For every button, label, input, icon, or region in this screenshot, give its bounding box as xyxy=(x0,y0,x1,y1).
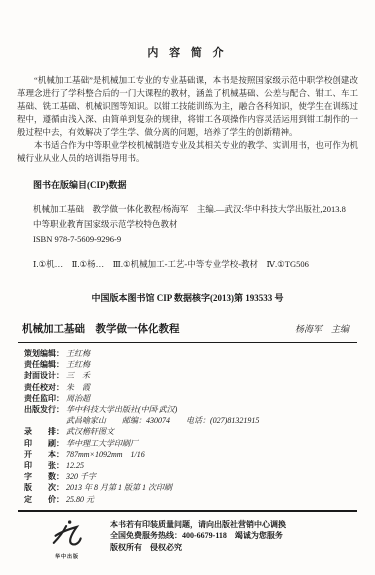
credit-row: 封面设计： 三 禾 xyxy=(24,370,375,381)
copyright-page: 内 容 简 介 “机械加工基础”是机械加工专业的专业基础课，本书是按照国家级示范… xyxy=(0,0,375,575)
credit-value: 华中科技大学出版社(中国·武汉) xyxy=(66,404,177,415)
credit-label: 定 价： xyxy=(24,494,64,505)
cip-line: 机械加工基础 教学做一体化教程/杨海军 主编.—武汉:华中科技大学出版社,201… xyxy=(33,202,355,217)
intro-paragraph: “机械加工基础”是机械加工专业的专业基础课，本书是按照国家级示范中职学校创建改革… xyxy=(17,74,358,139)
colophon-credits: 策划编辑： 王红梅 责任编辑： 王红梅 封面设计： 三 禾 责任校对： 朱 霞 … xyxy=(24,348,375,505)
credit-value: 320 千字 xyxy=(66,471,96,482)
footer-notices: 本书若有印装质量问题，请向出版社营销中心调换 全国免费服务热线：400-6679… xyxy=(110,519,286,554)
cip-line: 中等职业教育国家级示范学校特色教材 xyxy=(33,217,355,232)
credit-row: 策划编辑： 王红梅 xyxy=(24,348,375,359)
credit-row: 版 次： 2013 年 8 月第 1 版第 1 次印刷 xyxy=(24,482,375,493)
credit-value: 12.25 xyxy=(66,460,84,471)
intro-paragraph: 本书适合作为中等职业学校机械制造专业及其相关专业的教学、实训用书，也可作为机械行… xyxy=(17,139,358,165)
credit-label: 开 本： xyxy=(24,449,64,460)
publisher-logo-caption: 华中出版 xyxy=(38,553,96,560)
credit-row: 录 排： 武汉楷轩图文 xyxy=(24,426,375,437)
credit-label: 责任监印： xyxy=(24,393,64,404)
credit-row: 责任校对： 朱 霞 xyxy=(24,382,375,393)
credit-label: 录 排： xyxy=(24,426,64,437)
credit-label: 版 次： xyxy=(24,482,64,493)
credit-label: 封面设计： xyxy=(24,370,64,381)
divider-top xyxy=(18,342,357,343)
credit-row: 字 数： 320 千字 xyxy=(24,471,375,482)
credit-row: 定 价： 25.80 元 xyxy=(24,494,375,505)
credit-row: 责任编辑： 王红梅 xyxy=(24,359,375,370)
cip-classification: Ⅰ.①机… Ⅱ.①杨… Ⅲ.①机械加工-工艺-中等专业学校-教材 Ⅳ.①TG50… xyxy=(33,258,355,270)
credit-value: 25.80 元 xyxy=(66,494,94,505)
footer-notice: 全国免费服务热线：400-6679-118 竭诚为您服务 xyxy=(110,530,286,542)
credit-row: 印 刷： 华中理工大学印刷厂 xyxy=(24,438,375,449)
footer: 华中出版 本书若有印装质量问题，请向出版社营销中心调换 全国免费服务热线：400… xyxy=(38,519,357,560)
footer-notice: 版权所有 侵权必究 xyxy=(110,542,286,554)
publisher-address: 武昌喻家山 邮编：430074 电话：(027)81321915 xyxy=(24,415,375,426)
credit-value: 周治超 xyxy=(66,393,90,404)
credit-label: 责任编辑： xyxy=(24,359,64,370)
credit-label: 责任校对： xyxy=(24,382,64,393)
credit-value: 王红梅 xyxy=(66,359,90,370)
hust-press-logo-icon xyxy=(49,536,85,553)
credit-label: 印 张： xyxy=(24,460,64,471)
credit-row: 开 本： 787mm×1092mm 1/16 xyxy=(24,449,375,460)
credit-value: 华中理工大学印刷厂 xyxy=(66,438,138,449)
credit-row: 出版发行： 华中科技大学出版社(中国·武汉) xyxy=(24,404,375,415)
credit-value: 王红梅 xyxy=(66,348,90,359)
publisher-logo-block: 华中出版 xyxy=(38,519,96,560)
intro-section: “机械加工基础”是机械加工专业的专业基础课，本书是按照国家级示范中职学校创建改革… xyxy=(17,74,358,165)
credit-label: 字 数： xyxy=(24,471,64,482)
book-editor: 杨海军 主编 xyxy=(295,322,349,335)
credit-row: 印 张： 12.25 xyxy=(24,460,375,471)
cip-registration-number: 中国版本图书馆 CIP 数据核字(2013)第 193533 号 xyxy=(0,291,375,304)
credit-label: 出版发行： xyxy=(24,404,64,415)
credit-value: 朱 霞 xyxy=(66,382,90,393)
credit-label: 印 刷： xyxy=(24,438,64,449)
title-row: 机械加工基础 教学做一体化教程 杨海军 主编 xyxy=(22,321,349,336)
credit-row: 责任监印： 周治超 xyxy=(24,393,375,404)
credit-value: 三 禾 xyxy=(66,370,90,381)
cip-isbn: ISBN 978-7-5609-9296-9 xyxy=(33,232,355,247)
cip-heading: 图书在版编目(CIP)数据 xyxy=(33,178,375,191)
credit-value: 2013 年 8 月第 1 版第 1 次印刷 xyxy=(66,482,172,493)
credit-value: 武汉楷轩图文 xyxy=(66,426,114,437)
credit-label: 策划编辑： xyxy=(24,348,64,359)
cip-record: 机械加工基础 教学做一体化教程/杨海军 主编.—武汉:华中科技大学出版社,201… xyxy=(33,202,355,247)
credit-value: 787mm×1092mm 1/16 xyxy=(66,449,145,460)
footer-notice: 本书若有印装质量问题，请向出版社营销中心调换 xyxy=(110,519,286,531)
divider-bottom xyxy=(18,510,357,512)
intro-heading: 内 容 简 介 xyxy=(0,44,375,60)
book-title: 机械加工基础 教学做一体化教程 xyxy=(22,321,180,336)
